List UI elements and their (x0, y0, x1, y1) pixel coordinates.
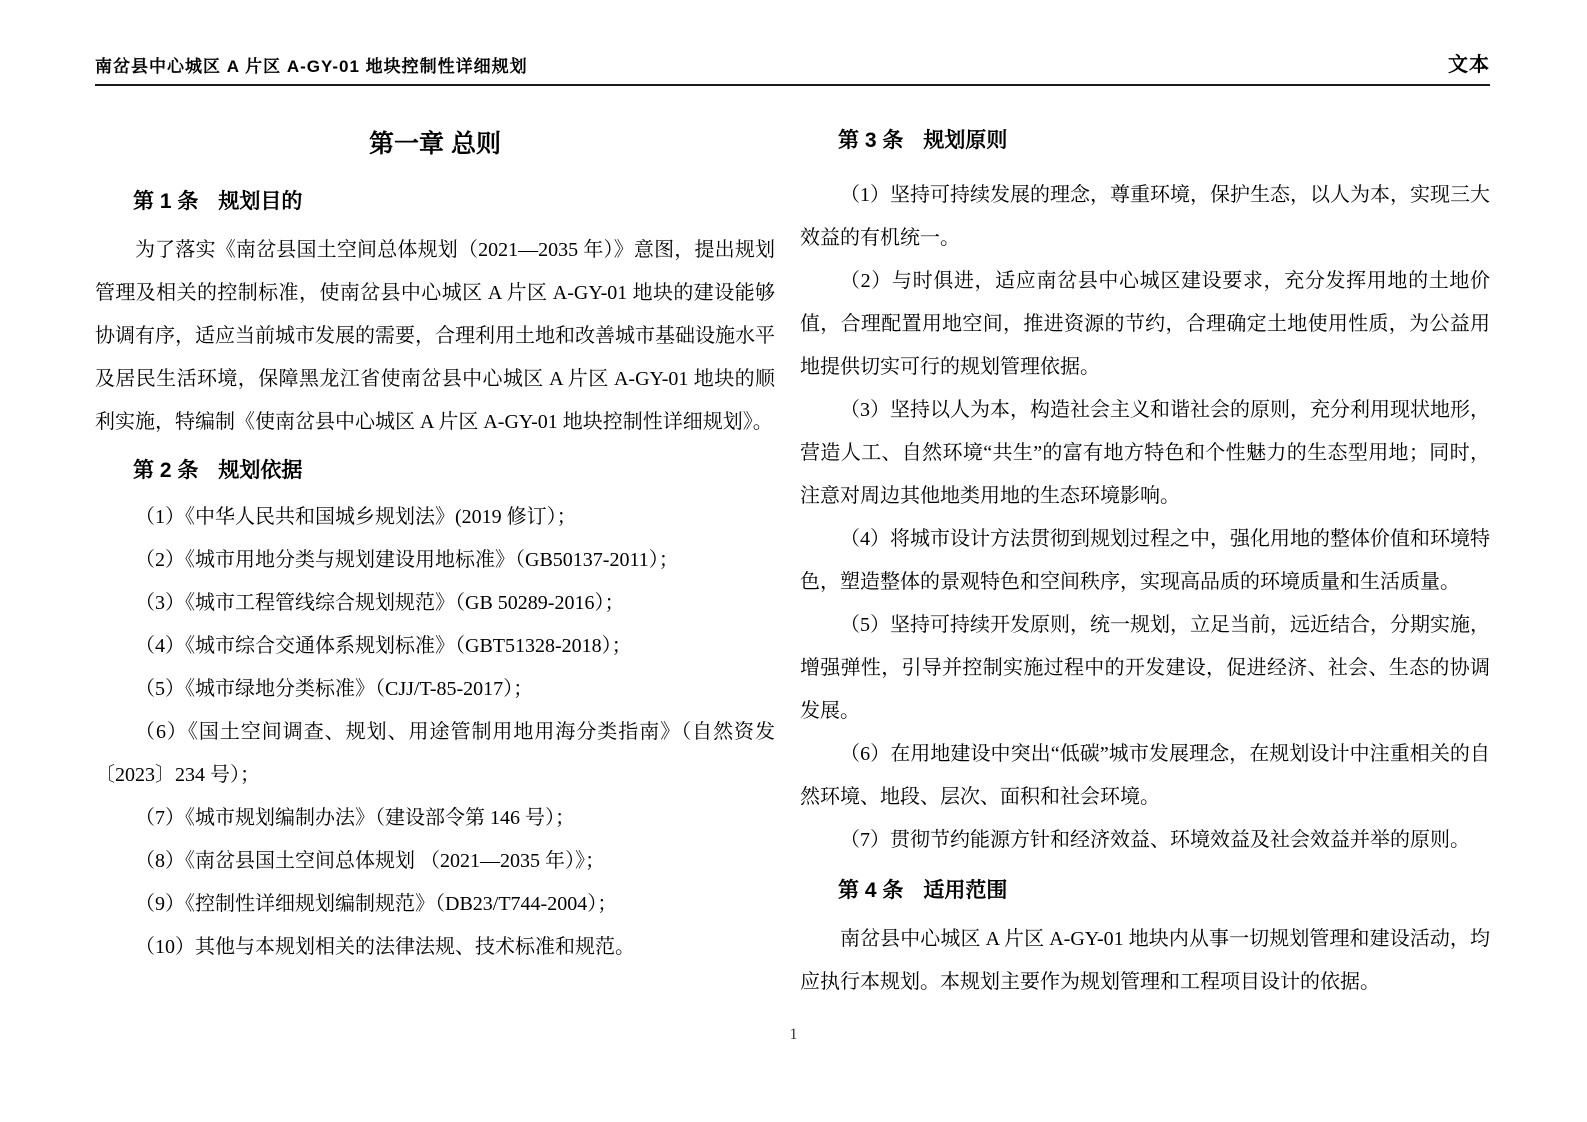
legal-basis-item-2: （2）《城市用地分类与规划建设用地标准》（GB50137-2011）； (95, 539, 775, 582)
section-2-label: 第 2 条 (133, 459, 198, 482)
section-2-title: 规划依据 (218, 459, 302, 482)
principle-item-4: （4）将城市设计方法贯彻到规划过程之中，强化用地的整体价值和环境特色，塑造整体的… (800, 518, 1490, 604)
principle-item-6: （6）在用地建设中突出“低碳”城市发展理念，在规划设计中注重相关的自然环境、地段… (800, 733, 1490, 819)
section-2-heading: 第 2 条规划依据 (95, 458, 775, 484)
legal-basis-item-6: （6）《国土空间调查、规划、用途管制用地用海分类指南》（自然资发〔2023〕23… (95, 711, 775, 797)
legal-basis-item-5: （5）《城市绿地分类标准》（CJJ/T-85-2017）； (95, 668, 775, 711)
section-1-label: 第 1 条 (133, 190, 198, 213)
section-3-label: 第 3 条 (838, 129, 903, 152)
page-number: 1 (0, 1026, 1587, 1044)
document-page: 南岔县中心城区 A 片区 A-GY-01 地块控制性详细规划 文本 第一章 总则… (0, 0, 1587, 1122)
planning-principles-list: （1）坚持可持续发展的理念，尊重环境，保护生态，以人为本，实现三大效益的有机统一… (800, 174, 1490, 862)
legal-basis-item-3: （3）《城市工程管线综合规划规范》（GB 50289-2016）； (95, 582, 775, 625)
principle-item-5: （5）坚持可持续开发原则，统一规划，立足当前，远近结合，分期实施，增强弹性，引导… (800, 604, 1490, 733)
header-doc-title: 南岔县中心城区 A 片区 A-GY-01 地块控制性详细规划 (95, 52, 528, 77)
legal-basis-list: （1）《中华人民共和国城乡规划法》(2019 修订）； （2）《城市用地分类与规… (95, 496, 775, 969)
header-doc-type-label: 文本 (1448, 48, 1490, 77)
principle-item-7: （7）贯彻节约能源方针和经济效益、环境效益及社会效益并举的原则。 (800, 819, 1490, 862)
legal-basis-item-10: （10）其他与本规划相关的法律法规、技术标准和规范。 (95, 926, 775, 969)
legal-basis-item-1: （1）《中华人民共和国城乡规划法》(2019 修订）； (95, 496, 775, 539)
legal-basis-item-9: （9）《控制性详细规划编制规范》（DB23/T744-2004）； (95, 883, 775, 926)
principle-item-3: （3）坚持以人为本，构造社会主义和谐社会的原则，充分利用现状地形，营造人工、自然… (800, 389, 1490, 518)
legal-basis-item-4: （4）《城市综合交通体系规划标准》（GBT51328-2018）； (95, 625, 775, 668)
section-1-heading: 第 1 条规划目的 (95, 189, 775, 215)
legal-basis-item-8: （8）《南岔县国土空间总体规划 （2021—2035 年）》； (95, 840, 775, 883)
page-content: 第一章 总则 第 1 条规划目的 为了落实《南岔县国土空间总体规划（2021—2… (95, 108, 1490, 1004)
legal-basis-item-7: （7）《城市规划编制办法》（建设部令第 146 号）； (95, 797, 775, 840)
section-4-label: 第 4 条 (838, 879, 903, 902)
principle-item-1: （1）坚持可持续发展的理念，尊重环境，保护生态，以人为本，实现三大效益的有机统一… (800, 174, 1490, 260)
section-4-heading: 第 4 条适用范围 (800, 878, 1490, 904)
principle-item-2: （2）与时俱进，适应南岔县中心城区建设要求，充分发挥用地的土地价值，合理配置用地… (800, 260, 1490, 389)
section-3-heading: 第 3 条规划原则 (800, 128, 1490, 154)
right-column: 第 3 条规划原则 （1）坚持可持续发展的理念，尊重环境，保护生态，以人为本，实… (800, 108, 1490, 1004)
page-header: 南岔县中心城区 A 片区 A-GY-01 地块控制性详细规划 文本 (95, 48, 1490, 86)
planning-purpose-paragraph: 为了落实《南岔县国土空间总体规划（2021—2035 年）》意图，提出规划管理及… (95, 229, 775, 444)
chapter-heading: 第一章 总则 (95, 128, 775, 161)
left-column: 第一章 总则 第 1 条规划目的 为了落实《南岔县国土空间总体规划（2021—2… (95, 108, 775, 1004)
section-3-title: 规划原则 (923, 129, 1007, 152)
section-1-title: 规划目的 (218, 190, 302, 213)
section-4-title: 适用范围 (923, 879, 1007, 902)
scope-paragraph: 南岔县中心城区 A 片区 A-GY-01 地块内从事一切规划管理和建设活动，均应… (800, 918, 1490, 1004)
